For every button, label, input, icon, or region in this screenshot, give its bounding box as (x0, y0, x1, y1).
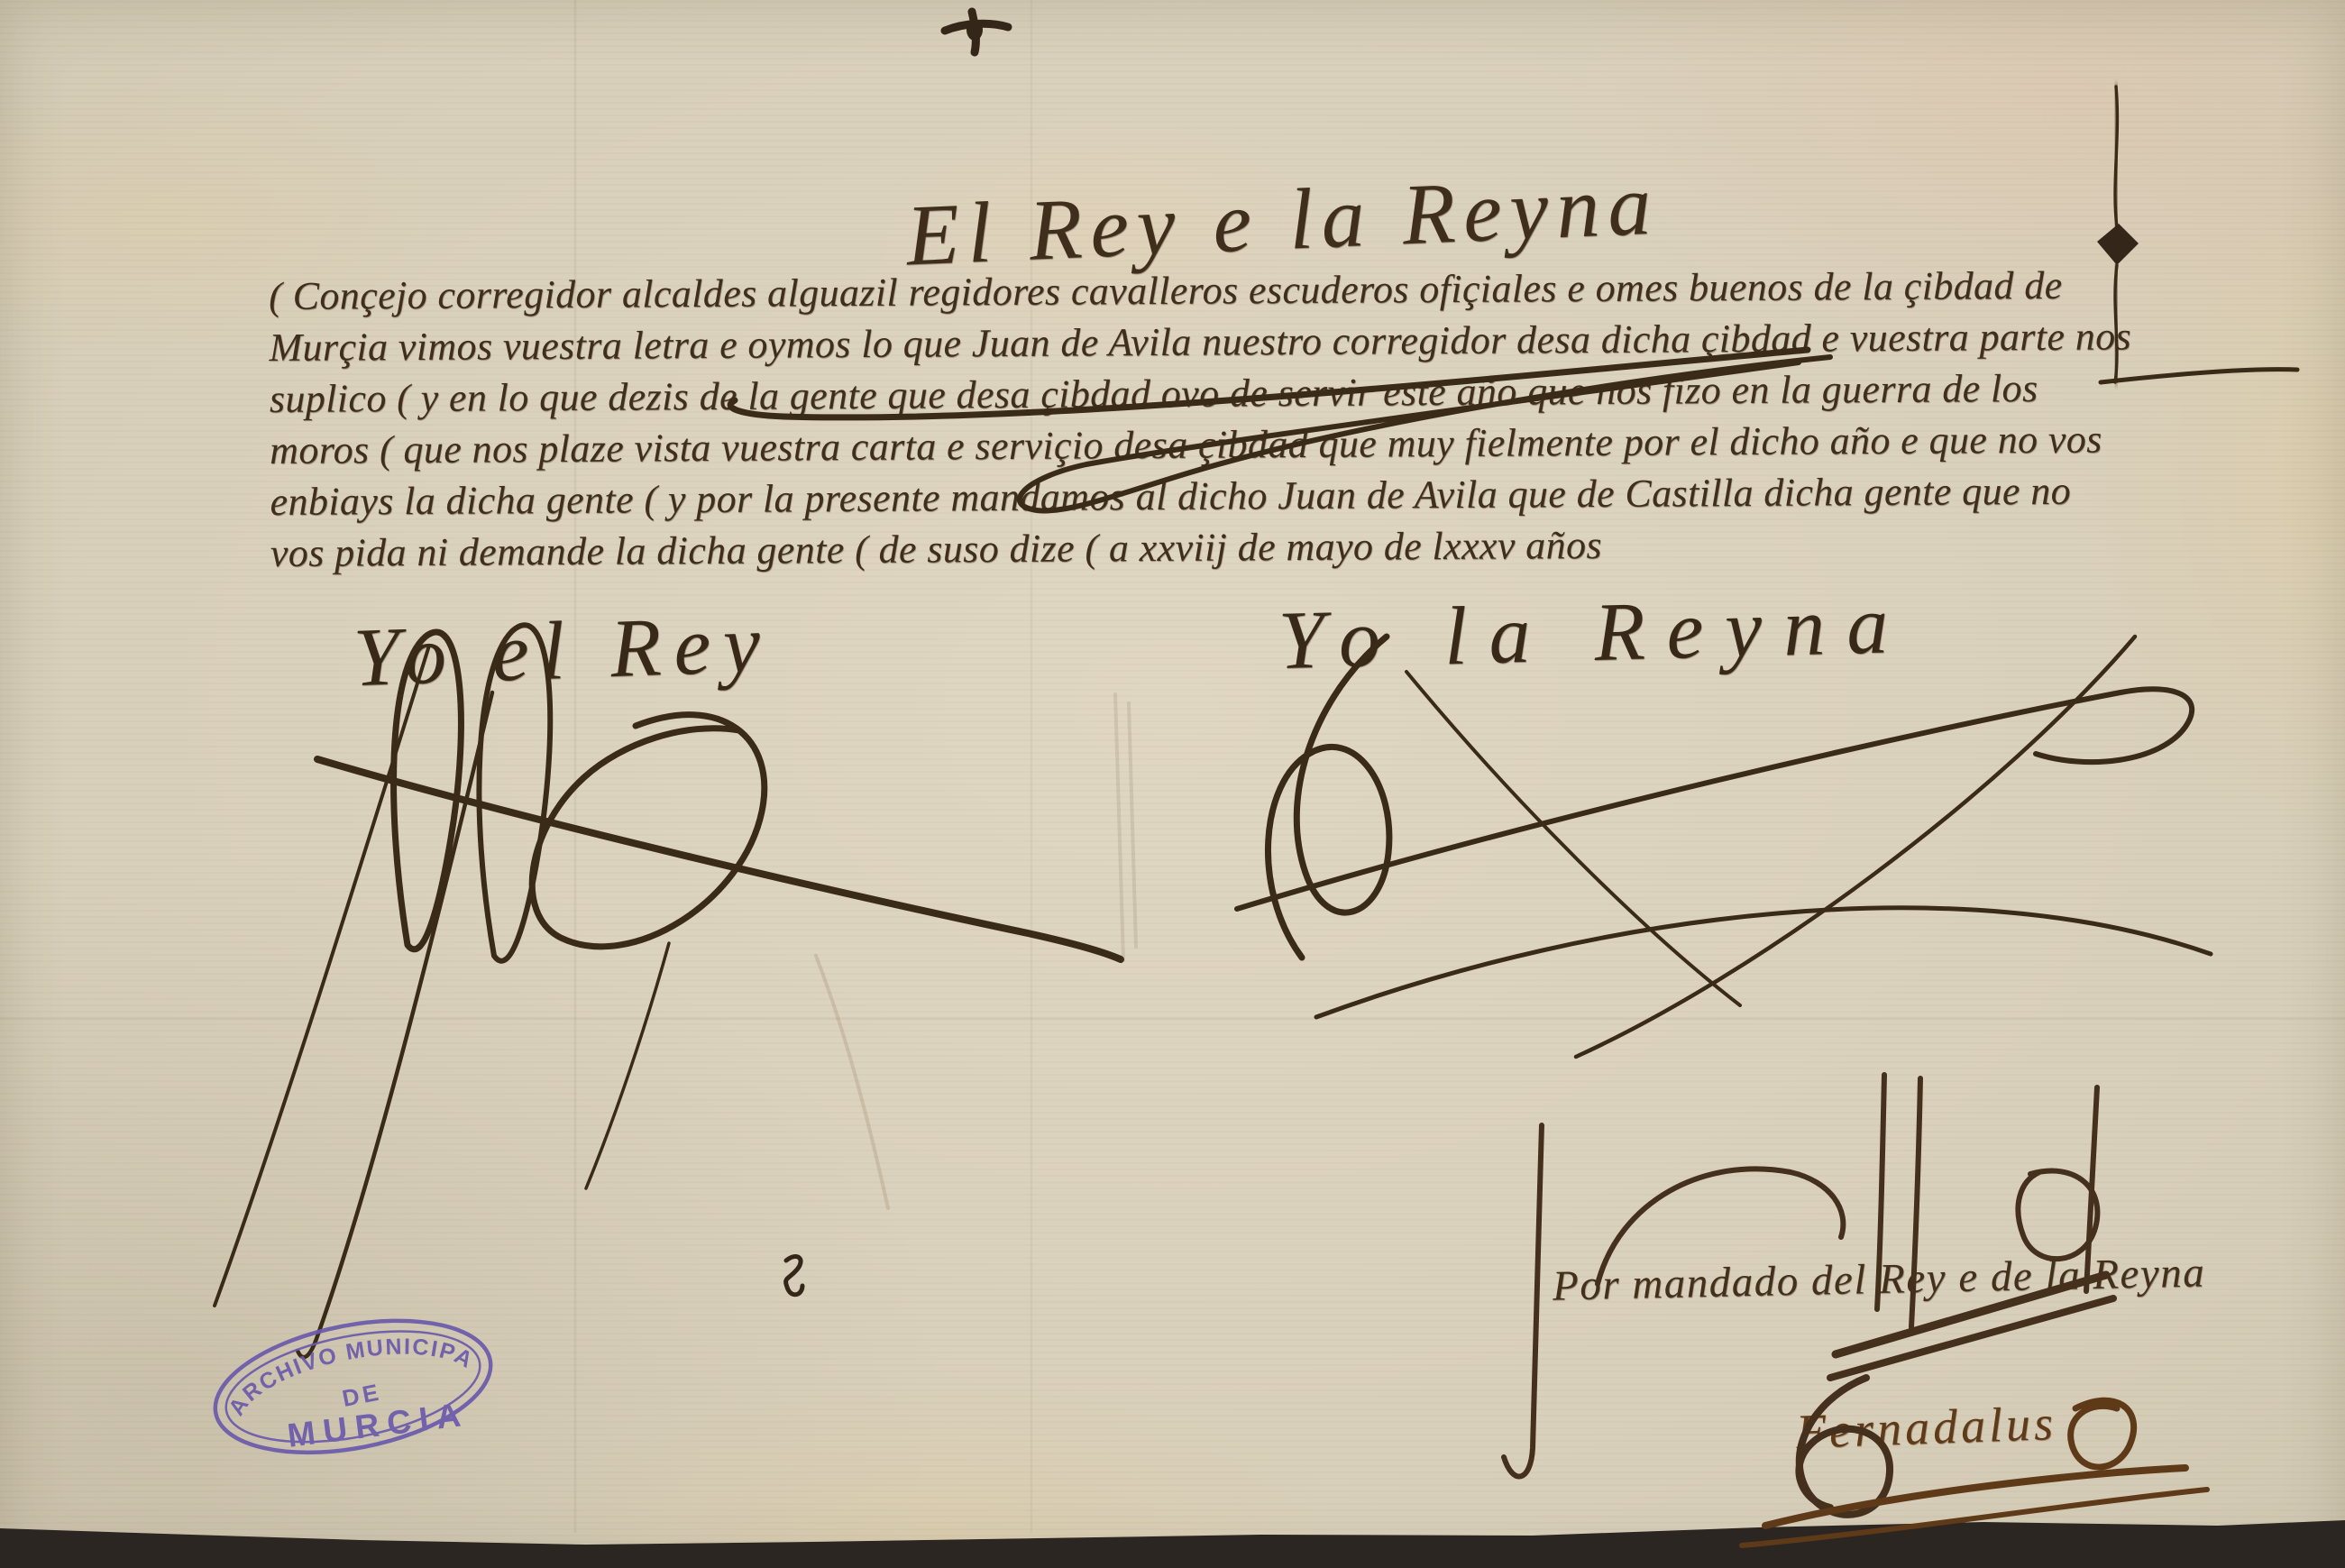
king-signature-text: Yo el Rey (352, 595, 774, 705)
secretary-name: Fernadalus (1795, 1395, 2057, 1460)
manuscript-scan: ( Conçejo corregidor alcaldes alguazil r… (0, 0, 2345, 1568)
body-text: ( Conçejo corregidor alcaldes alguazil r… (269, 259, 2133, 579)
queen-signature-text: Yo la Reyna (1278, 576, 1911, 688)
